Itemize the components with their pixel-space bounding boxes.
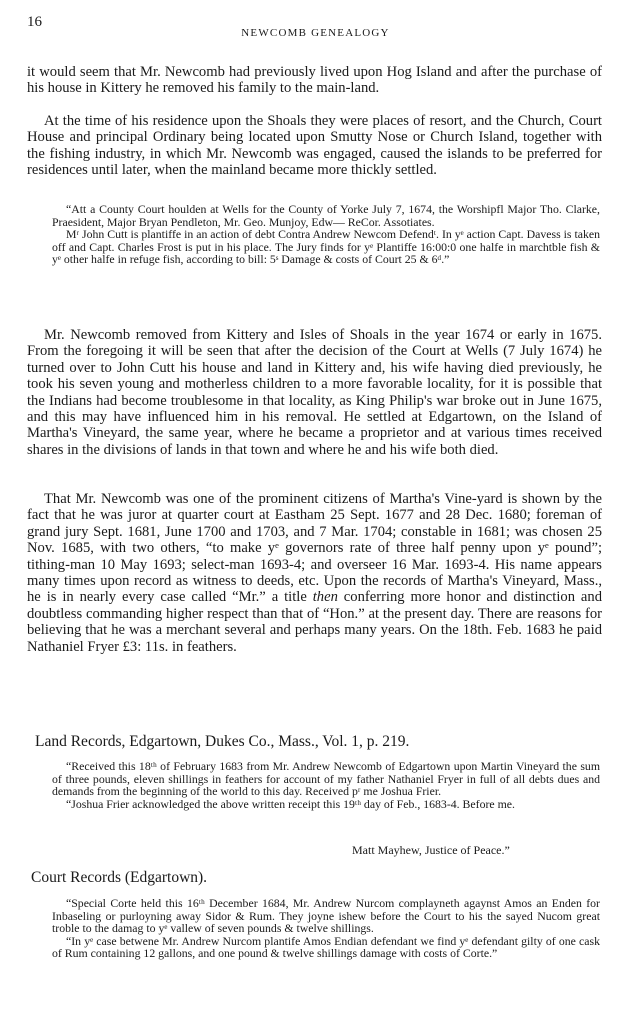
- quote-court-edgartown-line2: “In yᵉ case betwene Mr. Andrew Nurcom pl…: [52, 935, 600, 960]
- section-heading-land-records: Land Records, Edgartown, Dukes Co., Mass…: [35, 733, 409, 751]
- document-page: 16 NEWCOMB GENEALOGY it would seem that …: [0, 0, 631, 1024]
- quote-wells-court-line2: Mʳ John Cutt is plantiffe in an action o…: [52, 228, 600, 266]
- quote-wells-court: “Att a County Court houlden at Wells for…: [52, 203, 600, 266]
- paragraph-prominent-citizen-part1: That Mr. Newcomb was one of the prominen…: [27, 491, 602, 605]
- section-heading-court-records: Court Records (Edgartown).: [31, 869, 207, 887]
- signature-matt-mayhew: Matt Mayhew, Justice of Peace.”: [352, 843, 510, 858]
- quote-land-receipt-line2: “Joshua Frier acknowledged the above wri…: [52, 798, 600, 811]
- quote-wells-court-line1: “Att a County Court houlden at Wells for…: [52, 203, 600, 228]
- quote-land-receipt: “Received this 18ᵗʰ of February 1683 fro…: [52, 760, 600, 810]
- paragraph-prominent-citizen: That Mr. Newcomb was one of the prominen…: [27, 491, 602, 655]
- quote-court-edgartown: “Special Corte held this 16ᵗʰ December 1…: [52, 897, 600, 960]
- paragraph-removal-to-edgartown: Mr. Newcomb removed from Kittery and Isl…: [27, 327, 602, 458]
- emphasis-then: then: [313, 589, 338, 605]
- running-head: NEWCOMB GENEALOGY: [0, 27, 631, 39]
- quote-court-edgartown-line1: “Special Corte held this 16ᵗʰ December 1…: [52, 897, 600, 935]
- paragraph-shoals-residence: At the time of his residence upon the Sh…: [27, 113, 602, 179]
- paragraph-hog-island: it would seem that Mr. Newcomb had previ…: [27, 64, 602, 97]
- quote-land-receipt-line1: “Received this 18ᵗʰ of February 1683 fro…: [52, 760, 600, 798]
